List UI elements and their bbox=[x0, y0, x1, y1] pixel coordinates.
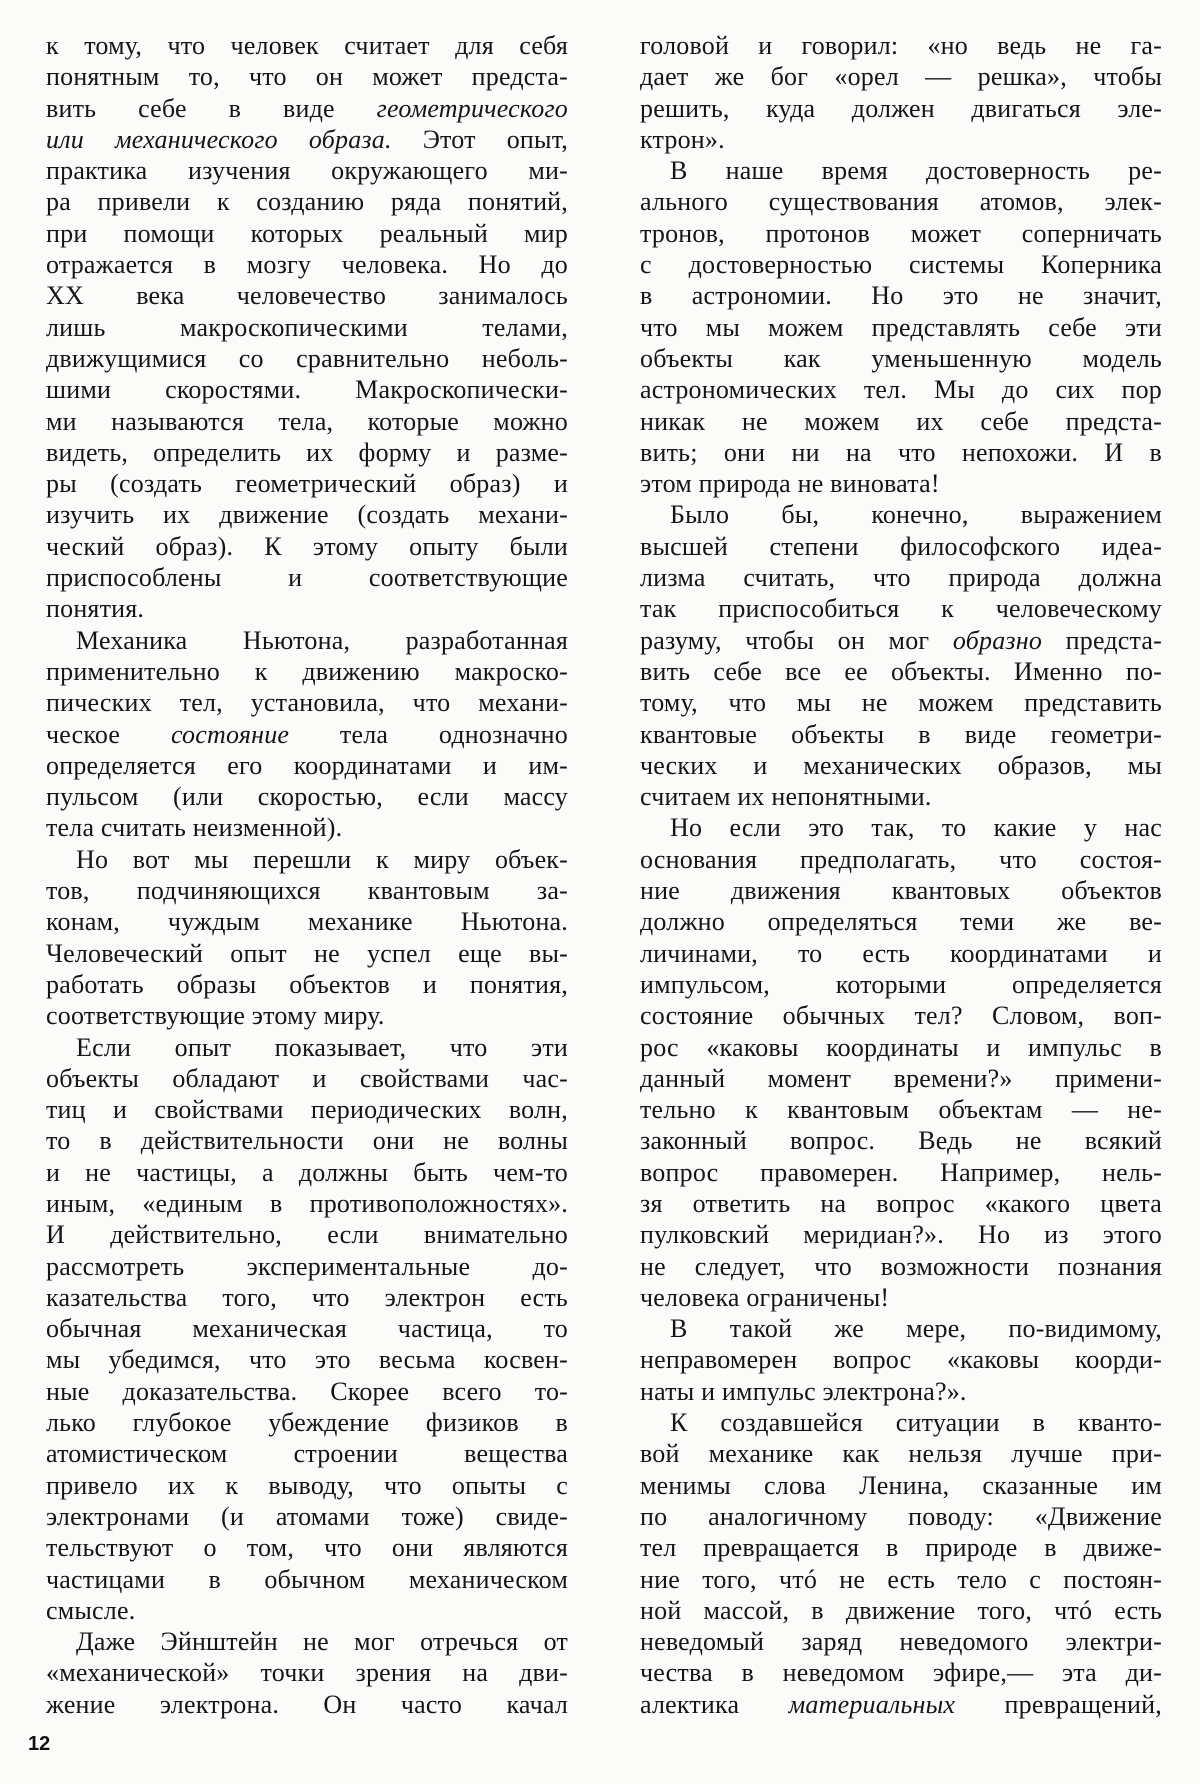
text-run: разуму, чтобы он мог bbox=[640, 626, 953, 655]
text-run: в астрономии. Но это не значит, bbox=[640, 281, 1162, 310]
text-line: приспособлены и соответствующие bbox=[46, 562, 568, 593]
text-line: Человеческий опыт не успел еще вы- bbox=[46, 938, 568, 969]
text-line: астрономических тел. Мы до сих пор bbox=[640, 374, 1162, 405]
text-run: мы убедимся, что это весьма косвен- bbox=[46, 1345, 568, 1374]
paragraph: Но вот мы перешли к миру объек-тов, подч… bbox=[46, 844, 568, 1032]
text-line: В такой же мере, по-видимому, bbox=[640, 1313, 1162, 1344]
text-run: головой и говорил: «но ведь не га- bbox=[640, 31, 1162, 60]
emphasis-text: материальных bbox=[789, 1690, 956, 1719]
text-run: пульсом (или скоростью, если массу bbox=[46, 782, 568, 811]
text-line: импульсом, которыми определяется bbox=[640, 969, 1162, 1000]
text-run: конам, чуждым механике Ньютона. bbox=[46, 907, 568, 936]
text-line: соответствующие этому миру. bbox=[46, 1000, 568, 1031]
text-line: частицами в обычном механическом bbox=[46, 1564, 568, 1595]
text-run: XX века человечество занималось bbox=[46, 281, 568, 310]
text-line: понятным то, что он может предста- bbox=[46, 61, 568, 92]
text-run: считаем их непонятными. bbox=[640, 782, 932, 811]
text-line: ной массой, в движение того, чтó есть bbox=[640, 1595, 1162, 1626]
text-line: рассмотреть экспериментальные до- bbox=[46, 1251, 568, 1282]
text-run: ние того, чтó не есть тело с постоян- bbox=[640, 1565, 1162, 1594]
text-run: понятия. bbox=[46, 594, 144, 623]
emphasis-text: образно bbox=[953, 626, 1042, 655]
text-run: вить себе в виде bbox=[46, 94, 377, 123]
text-line: шими скоростями. Макроскопически- bbox=[46, 374, 568, 405]
text-run: неправомерен вопрос «каковы коорди- bbox=[640, 1345, 1162, 1374]
text-run: жение электрона. Он часто качал bbox=[46, 1690, 568, 1719]
text-run: вить себе все ее объекты. Именно по- bbox=[640, 657, 1162, 686]
text-line: тиц и свойствами периодических волн, bbox=[46, 1094, 568, 1125]
text-line: XX века человечество занималось bbox=[46, 280, 568, 311]
text-line: неведомый заряд неведомого электри- bbox=[640, 1626, 1162, 1657]
text-line: Даже Эйнштейн не мог отречься от bbox=[46, 1626, 568, 1657]
text-line: отражается в мозгу человека. Но до bbox=[46, 249, 568, 280]
text-line: тронов, протонов может соперничать bbox=[640, 218, 1162, 249]
text-line: ра привели к созданию ряда понятий, bbox=[46, 186, 568, 217]
text-line: вить себе в виде геометрического bbox=[46, 93, 568, 124]
text-line: вопрос правомерен. Например, нель- bbox=[640, 1157, 1162, 1188]
text-line: применительно к движению макроско- bbox=[46, 656, 568, 687]
text-run: казательства того, что электрон есть bbox=[46, 1283, 568, 1312]
text-run: определяется его координатами и им- bbox=[46, 751, 568, 780]
text-line: объекты обладают и свойствами час- bbox=[46, 1063, 568, 1094]
text-line: не следует, что возможности познания bbox=[640, 1251, 1162, 1282]
text-run: «механической» точки зрения на дви- bbox=[46, 1658, 568, 1687]
text-run: тел превращается в природе в движе- bbox=[640, 1533, 1162, 1562]
text-run: ние движения квантовых объектов bbox=[640, 876, 1162, 905]
text-run: неведомый заряд неведомого электри- bbox=[640, 1627, 1162, 1656]
text-line: лько глубокое убеждение физиков в bbox=[46, 1407, 568, 1438]
text-line: или механического образа. Этот опыт, bbox=[46, 124, 568, 155]
text-line: понятия. bbox=[46, 593, 568, 624]
text-line: данный момент времени?» примени- bbox=[640, 1063, 1162, 1094]
text-line: наты и импульс электрона?». bbox=[640, 1376, 1162, 1407]
text-run: человека ограничены! bbox=[640, 1283, 889, 1312]
text-line: состояние обычных тел? Словом, воп- bbox=[640, 1000, 1162, 1031]
text-line: тела считать неизменной). bbox=[46, 812, 568, 843]
text-run: и не частицы, а должны быть чем-то bbox=[46, 1158, 568, 1187]
text-line: жение электрона. Он часто качал bbox=[46, 1689, 568, 1720]
text-line: ми называются тела, которые можно bbox=[46, 406, 568, 437]
text-line: Но вот мы перешли к миру объек- bbox=[46, 844, 568, 875]
text-run: тела однозначно bbox=[289, 720, 568, 749]
text-line: конам, чуждым механике Ньютона. bbox=[46, 906, 568, 937]
text-line: тел превращается в природе в движе- bbox=[640, 1532, 1162, 1563]
text-line: практика изучения окружающего ми- bbox=[46, 155, 568, 186]
text-run: Человеческий опыт не успел еще вы- bbox=[46, 939, 568, 968]
text-line: и не частицы, а должны быть чем-то bbox=[46, 1157, 568, 1188]
text-line: ального существования атомов, элек- bbox=[640, 186, 1162, 217]
text-run: дает же бог «орел — решка», чтобы bbox=[640, 62, 1162, 91]
paragraph: Если опыт показывает, что этиобъекты обл… bbox=[46, 1032, 568, 1627]
text-run: личинами, то есть координатами и bbox=[640, 939, 1162, 968]
text-line: тов, подчиняющихся квантовым за- bbox=[46, 875, 568, 906]
text-run: движущимися со сравнительно неболь- bbox=[46, 344, 568, 373]
text-line: законный вопрос. Ведь не всякий bbox=[640, 1125, 1162, 1156]
text-run: ми называются тела, которые можно bbox=[46, 407, 568, 436]
paragraph: Механика Ньютона, разработаннаяпримените… bbox=[46, 625, 568, 844]
text-line: И действительно, если внимательно bbox=[46, 1219, 568, 1250]
text-run: тронов, протонов может соперничать bbox=[640, 219, 1162, 248]
text-line: объекты как уменьшенную модель bbox=[640, 343, 1162, 374]
text-run: изучить их движение (создать механи- bbox=[46, 500, 568, 529]
text-run: что мы можем представлять себе эти bbox=[640, 313, 1162, 342]
text-line: вить себе все ее объекты. Именно по- bbox=[640, 656, 1162, 687]
text-line: что мы можем представлять себе эти bbox=[640, 312, 1162, 343]
text-line: электронами (и атомами тоже) свиде- bbox=[46, 1501, 568, 1532]
text-run: лько глубокое убеждение физиков в bbox=[46, 1408, 568, 1437]
text-run: понятным то, что он может предста- bbox=[46, 62, 568, 91]
text-line: вить; они ни на что непохожи. И в bbox=[640, 437, 1162, 468]
paragraph: головой и говорил: «но ведь не га-дает ж… bbox=[640, 30, 1162, 155]
paragraph: Но если это так, то какие у насоснования… bbox=[640, 812, 1162, 1313]
text-line: обычная механическая частица, то bbox=[46, 1313, 568, 1344]
text-line: лишь макроскопическими телами, bbox=[46, 312, 568, 343]
text-run: данный момент времени?» примени- bbox=[640, 1064, 1162, 1093]
text-column-left: к тому, что человек считает для себяпоня… bbox=[46, 30, 568, 1720]
text-run: соответствующие этому миру. bbox=[46, 1001, 385, 1030]
text-run: работать образы объектов и понятия, bbox=[46, 970, 568, 999]
text-run: атомистическом строении вещества bbox=[46, 1439, 568, 1468]
text-run: вить; они ни на что непохожи. И в bbox=[640, 438, 1162, 467]
text-run: менимы слова Ленина, сказанные им bbox=[640, 1471, 1162, 1500]
text-line: то в действительности они не волны bbox=[46, 1125, 568, 1156]
text-line: мы убедимся, что это весьма косвен- bbox=[46, 1344, 568, 1375]
text-line: Если опыт показывает, что эти bbox=[46, 1032, 568, 1063]
text-run: вопрос правомерен. Например, нель- bbox=[640, 1158, 1162, 1187]
text-run: лишь макроскопическими телами, bbox=[46, 313, 568, 342]
text-run: состояние обычных тел? Словом, воп- bbox=[640, 1001, 1162, 1030]
text-line: рос «каковы координаты и импульс в bbox=[640, 1032, 1162, 1063]
text-line: должно определяться теми же ве- bbox=[640, 906, 1162, 937]
text-run: Но вот мы перешли к миру объек- bbox=[76, 845, 568, 874]
text-run: никак не можем их себе предста- bbox=[640, 407, 1162, 436]
text-run: предста- bbox=[1042, 626, 1162, 655]
text-line: ние того, чтó не есть тело с постоян- bbox=[640, 1564, 1162, 1595]
text-line: при помощи которых реальный мир bbox=[46, 218, 568, 249]
text-run: рос «каковы координаты и импульс в bbox=[640, 1033, 1162, 1062]
text-run: ческий образ). К этому опыту были bbox=[46, 532, 568, 561]
text-run: тиц и свойствами периодических волн, bbox=[46, 1095, 568, 1124]
text-line: квантовые объекты в виде геометри- bbox=[640, 719, 1162, 750]
text-line: высшей степени философского идеа- bbox=[640, 531, 1162, 562]
text-run: Если опыт показывает, что эти bbox=[76, 1033, 568, 1062]
text-line: пических тел, установила, что механи- bbox=[46, 687, 568, 718]
text-run: законный вопрос. Ведь не всякий bbox=[640, 1126, 1162, 1155]
text-line: никак не можем их себе предста- bbox=[640, 406, 1162, 437]
text-run: алектика bbox=[640, 1690, 789, 1719]
text-run: основания предполагать, что состоя- bbox=[640, 845, 1162, 874]
text-run: наты и импульс электрона?». bbox=[640, 1377, 967, 1406]
text-run: решить, куда должен двигаться эле- bbox=[640, 94, 1162, 123]
text-line: В наше время достоверность ре- bbox=[640, 155, 1162, 186]
text-run: ального существования атомов, элек- bbox=[640, 187, 1162, 216]
text-line: ческий образ). К этому опыту были bbox=[46, 531, 568, 562]
text-run: частицами в обычном механическом bbox=[46, 1565, 568, 1594]
text-line: головой и говорил: «но ведь не га- bbox=[640, 30, 1162, 61]
text-line: ктрон». bbox=[640, 124, 1162, 155]
text-line: основания предполагать, что состоя- bbox=[640, 844, 1162, 875]
paragraph: К создавшейся ситуации в кванто-вой меха… bbox=[640, 1407, 1162, 1720]
text-run: приспособлены и соответствующие bbox=[46, 563, 568, 592]
text-line: считаем их непонятными. bbox=[640, 781, 1162, 812]
text-line: движущимися со сравнительно неболь- bbox=[46, 343, 568, 374]
text-run: ра привели к созданию ряда понятий, bbox=[46, 187, 568, 216]
text-run: Механика Ньютона, разработанная bbox=[76, 626, 568, 655]
text-line: ры (создать геометрический образ) и bbox=[46, 468, 568, 499]
text-run: ры (создать геометрический образ) и bbox=[46, 469, 568, 498]
text-line: работать образы объектов и понятия, bbox=[46, 969, 568, 1000]
text-line: неправомерен вопрос «каковы коорди- bbox=[640, 1344, 1162, 1375]
text-run: то в действительности они не волны bbox=[46, 1126, 568, 1155]
text-run: Но если это так, то какие у нас bbox=[670, 813, 1162, 842]
text-line: менимы слова Ленина, сказанные им bbox=[640, 1470, 1162, 1501]
text-line: иным, «единым в противоположностях». bbox=[46, 1188, 568, 1219]
text-run: практика изучения окружающего ми- bbox=[46, 156, 568, 185]
text-line: по аналогичному поводу: «Движение bbox=[640, 1501, 1162, 1532]
emphasis-text: или механического образа. bbox=[46, 125, 392, 154]
emphasis-text: состояние bbox=[171, 720, 289, 749]
text-run: импульсом, которыми определяется bbox=[640, 970, 1162, 999]
text-line: человека ограничены! bbox=[640, 1282, 1162, 1313]
text-line: ческое состояние тела однозначно bbox=[46, 719, 568, 750]
text-line: так приспособиться к человеческому bbox=[640, 593, 1162, 624]
text-run: Было бы, конечно, выражением bbox=[670, 500, 1162, 529]
text-run: ные доказательства. Скорее всего то- bbox=[46, 1377, 568, 1406]
text-line: дает же бог «орел — решка», чтобы bbox=[640, 61, 1162, 92]
text-run: этом природа не виновата! bbox=[640, 469, 940, 498]
text-run: тельно к квантовым объектам — не- bbox=[640, 1095, 1162, 1124]
text-line: с достоверностью системы Коперника bbox=[640, 249, 1162, 280]
page-number: 12 bbox=[28, 1733, 50, 1756]
text-line: Но если это так, то какие у нас bbox=[640, 812, 1162, 843]
text-line: вой механике как нельзя лучше при- bbox=[640, 1438, 1162, 1469]
text-line: тельно к квантовым объектам — не- bbox=[640, 1094, 1162, 1125]
text-run: смысле. bbox=[46, 1596, 135, 1625]
text-run: пулковский меридиан?». Но из этого bbox=[640, 1220, 1162, 1249]
text-line: привело их к выводу, что опыты с bbox=[46, 1470, 568, 1501]
text-run: с достоверностью системы Коперника bbox=[640, 250, 1162, 279]
text-run: привело их к выводу, что опыты с bbox=[46, 1471, 568, 1500]
text-run: объекты как уменьшенную модель bbox=[640, 344, 1162, 373]
text-line: пулковский меридиан?». Но из этого bbox=[640, 1219, 1162, 1250]
text-run: зя ответить на вопрос «какого цвета bbox=[640, 1189, 1162, 1218]
text-run: к тому, что человек считает для себя bbox=[46, 31, 568, 60]
text-run: превращений, bbox=[955, 1690, 1162, 1719]
paragraph: Даже Эйнштейн не мог отречься от«механич… bbox=[46, 1626, 568, 1720]
text-line: лизма считать, что природа должна bbox=[640, 562, 1162, 593]
text-run: тов, подчиняющихся квантовым за- bbox=[46, 876, 568, 905]
text-run: объекты обладают и свойствами час- bbox=[46, 1064, 568, 1093]
text-line: к тому, что человек считает для себя bbox=[46, 30, 568, 61]
text-line: зя ответить на вопрос «какого цвета bbox=[640, 1188, 1162, 1219]
text-line: алектика материальных превращений, bbox=[640, 1689, 1162, 1720]
text-line: видеть, определить их форму и разме- bbox=[46, 437, 568, 468]
text-run: высшей степени философского идеа- bbox=[640, 532, 1162, 561]
text-run: ктрон». bbox=[640, 125, 725, 154]
text-line: разуму, чтобы он мог образно предста- bbox=[640, 625, 1162, 656]
text-line: в астрономии. Но это не значит, bbox=[640, 280, 1162, 311]
text-run: электронами (и атомами тоже) свиде- bbox=[46, 1502, 568, 1531]
text-line: решить, куда должен двигаться эле- bbox=[640, 93, 1162, 124]
text-line: «механической» точки зрения на дви- bbox=[46, 1657, 568, 1688]
text-run: лизма считать, что природа должна bbox=[640, 563, 1162, 592]
text-line: казательства того, что электрон есть bbox=[46, 1282, 568, 1313]
text-run: астрономических тел. Мы до сих пор bbox=[640, 375, 1162, 404]
text-line: пульсом (или скоростью, если массу bbox=[46, 781, 568, 812]
text-run: вой механике как нельзя лучше при- bbox=[640, 1439, 1162, 1468]
text-run: ной массой, в движение того, чтó есть bbox=[640, 1596, 1162, 1625]
text-line: чества в неведомом эфире,— эта ди- bbox=[640, 1657, 1162, 1688]
text-run: так приспособиться к человеческому bbox=[640, 594, 1162, 623]
paragraph: В такой же мере, по-видимому,неправомере… bbox=[640, 1313, 1162, 1407]
text-run: тельствуют о том, что они являются bbox=[46, 1533, 568, 1562]
text-run: по аналогичному поводу: «Движение bbox=[640, 1502, 1162, 1531]
text-run: Даже Эйнштейн не мог отречься от bbox=[76, 1627, 568, 1656]
text-run: должно определяться теми же ве- bbox=[640, 907, 1162, 936]
text-line: атомистическом строении вещества bbox=[46, 1438, 568, 1469]
text-line: ные доказательства. Скорее всего то- bbox=[46, 1376, 568, 1407]
text-column-right: головой и говорил: «но ведь не га-дает ж… bbox=[640, 30, 1162, 1720]
text-run: шими скоростями. Макроскопически- bbox=[46, 375, 568, 404]
text-line: определяется его координатами и им- bbox=[46, 750, 568, 781]
text-run: при помощи которых реальный мир bbox=[46, 219, 568, 248]
paragraph: к тому, что человек считает для себяпоня… bbox=[46, 30, 568, 625]
text-line: изучить их движение (создать механи- bbox=[46, 499, 568, 530]
text-line: Механика Ньютона, разработанная bbox=[46, 625, 568, 656]
text-run: отражается в мозгу человека. Но до bbox=[46, 250, 568, 279]
text-run: В наше время достоверность ре- bbox=[670, 156, 1162, 185]
text-line: тельствуют о том, что они являются bbox=[46, 1532, 568, 1563]
text-run: пических тел, установила, что механи- bbox=[46, 688, 568, 717]
text-line: тому, что мы не можем представить bbox=[640, 687, 1162, 718]
text-line: этом природа не виновата! bbox=[640, 468, 1162, 499]
text-run: В такой же мере, по-видимому, bbox=[670, 1314, 1162, 1343]
text-run: ческое bbox=[46, 720, 171, 749]
text-line: личинами, то есть координатами и bbox=[640, 938, 1162, 969]
text-run: тела считать неизменной). bbox=[46, 813, 342, 842]
text-run: видеть, определить их форму и разме- bbox=[46, 438, 568, 467]
text-run: не следует, что возможности познания bbox=[640, 1252, 1162, 1281]
paragraph: Было бы, конечно, выражениемвысшей степе… bbox=[640, 499, 1162, 812]
emphasis-text: геометрического bbox=[377, 94, 568, 123]
text-run: Этот опыт, bbox=[392, 125, 568, 154]
text-line: ческих и механических образов, мы bbox=[640, 750, 1162, 781]
text-line: смысле. bbox=[46, 1595, 568, 1626]
text-run: применительно к движению макроско- bbox=[46, 657, 568, 686]
text-line: Было бы, конечно, выражением bbox=[640, 499, 1162, 530]
text-run: тому, что мы не можем представить bbox=[640, 688, 1162, 717]
text-run: И действительно, если внимательно bbox=[46, 1220, 568, 1249]
text-run: обычная механическая частица, то bbox=[46, 1314, 568, 1343]
text-run: К создавшейся ситуации в кванто- bbox=[670, 1408, 1162, 1437]
text-run: квантовые объекты в виде геометри- bbox=[640, 720, 1162, 749]
text-run: чества в неведомом эфире,— эта ди- bbox=[640, 1658, 1162, 1687]
text-run: ческих и механических образов, мы bbox=[640, 751, 1162, 780]
paragraph: В наше время достоверность ре-ального су… bbox=[640, 155, 1162, 499]
text-run: иным, «единым в противоположностях». bbox=[46, 1189, 568, 1218]
text-line: ние движения квантовых объектов bbox=[640, 875, 1162, 906]
text-line: К создавшейся ситуации в кванто- bbox=[640, 1407, 1162, 1438]
text-run: рассмотреть экспериментальные до- bbox=[46, 1252, 568, 1281]
